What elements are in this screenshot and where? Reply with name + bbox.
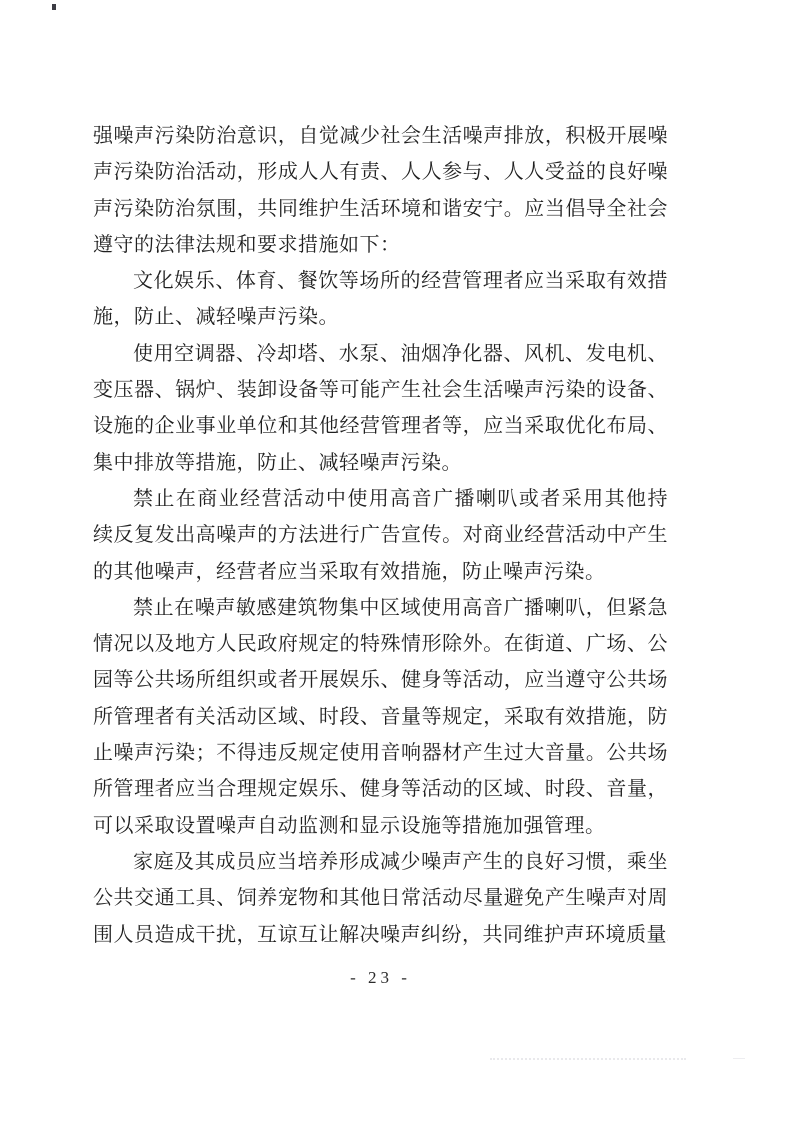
text-line: 所管理者应当合理规定娱乐、健身等活动的区域、时段、音量， bbox=[93, 771, 668, 807]
scan-artifact-dots bbox=[490, 1058, 686, 1060]
text-line: 家庭及其成员应当培养形成减少噪声产生的良好习惯，乘坐 bbox=[93, 844, 668, 880]
document-body: 强噪声污染防治意识，自觉减少社会生活噪声排放，积极开展噪 声污染防治活动，形成人… bbox=[93, 118, 668, 953]
text-line: 禁止在噪声敏感建筑物集中区域使用高音广播喇叭，但紧急 bbox=[93, 590, 668, 626]
text-line: 可以采取设置噪声自动监测和显示设施等措施加强管理。 bbox=[93, 808, 668, 844]
text-line: 施，防止、减轻噪声污染。 bbox=[93, 299, 668, 335]
text-line: 声污染防治活动，形成人人有责、人人参与、人人受益的良好噪 bbox=[93, 154, 668, 190]
paragraph: 家庭及其成员应当培养形成减少噪声产生的良好习惯，乘坐 公共交通工具、饲养宠物和其… bbox=[93, 844, 668, 953]
text-line: 设施的企业事业单位和其他经营管理者等，应当采取优化布局、 bbox=[93, 408, 668, 444]
text-line: 集中排放等措施，防止、减轻噪声污染。 bbox=[93, 445, 668, 481]
text-line: 的其他噪声，经营者应当采取有效措施，防止噪声污染。 bbox=[93, 554, 668, 590]
text-line: 公共交通工具、饲养宠物和其他日常活动尽量避免产生噪声对周 bbox=[93, 880, 668, 916]
scan-artifact-speck bbox=[52, 4, 56, 10]
text-line: 禁止在商业经营活动中使用高音广播喇叭或者采用其他持 bbox=[93, 481, 668, 517]
text-line: 遵守的法律法规和要求措施如下： bbox=[93, 227, 668, 263]
text-line: 续反复发出高噪声的方法进行广告宣传。对商业经营活动中产生 bbox=[93, 517, 668, 553]
paragraph: 强噪声污染防治意识，自觉减少社会生活噪声排放，积极开展噪 声污染防治活动，形成人… bbox=[93, 118, 668, 263]
text-line: 文化娱乐、体育、餐饮等场所的经营管理者应当采取有效措 bbox=[93, 263, 668, 299]
text-line: 声污染防治氛围，共同维护生活环境和谐安宁。应当倡导全社会 bbox=[93, 191, 668, 227]
document-page: 强噪声污染防治意识，自觉减少社会生活噪声排放，积极开展噪 声污染防治活动，形成人… bbox=[0, 0, 793, 1122]
page-number: - 23 - bbox=[93, 968, 668, 988]
text-line: 围人员造成干扰，互谅互让解决噪声纠纷，共同维护声环境质量。 bbox=[93, 917, 668, 953]
paragraph: 使用空调器、冷却塔、水泵、油烟净化器、风机、发电机、 变压器、锅炉、装卸设备等可… bbox=[93, 336, 668, 481]
scan-artifact-dash bbox=[733, 1058, 745, 1059]
text-line: 强噪声污染防治意识，自觉减少社会生活噪声排放，积极开展噪 bbox=[93, 118, 668, 154]
paragraph: 文化娱乐、体育、餐饮等场所的经营管理者应当采取有效措 施，防止、减轻噪声污染。 bbox=[93, 263, 668, 336]
text-line: 所管理者有关活动区域、时段、音量等规定，采取有效措施，防 bbox=[93, 699, 668, 735]
text-line: 园等公共场所组织或者开展娱乐、健身等活动，应当遵守公共场 bbox=[93, 662, 668, 698]
paragraph: 禁止在噪声敏感建筑物集中区域使用高音广播喇叭，但紧急 情况以及地方人民政府规定的… bbox=[93, 590, 668, 844]
text-line: 变压器、锅炉、装卸设备等可能产生社会生活噪声污染的设备、 bbox=[93, 372, 668, 408]
text-line: 止噪声污染；不得违反规定使用音响器材产生过大音量。公共场 bbox=[93, 735, 668, 771]
text-line: 使用空调器、冷却塔、水泵、油烟净化器、风机、发电机、 bbox=[93, 336, 668, 372]
text-line: 情况以及地方人民政府规定的特殊情形除外。在街道、广场、公 bbox=[93, 626, 668, 662]
paragraph: 禁止在商业经营活动中使用高音广播喇叭或者采用其他持 续反复发出高噪声的方法进行广… bbox=[93, 481, 668, 590]
